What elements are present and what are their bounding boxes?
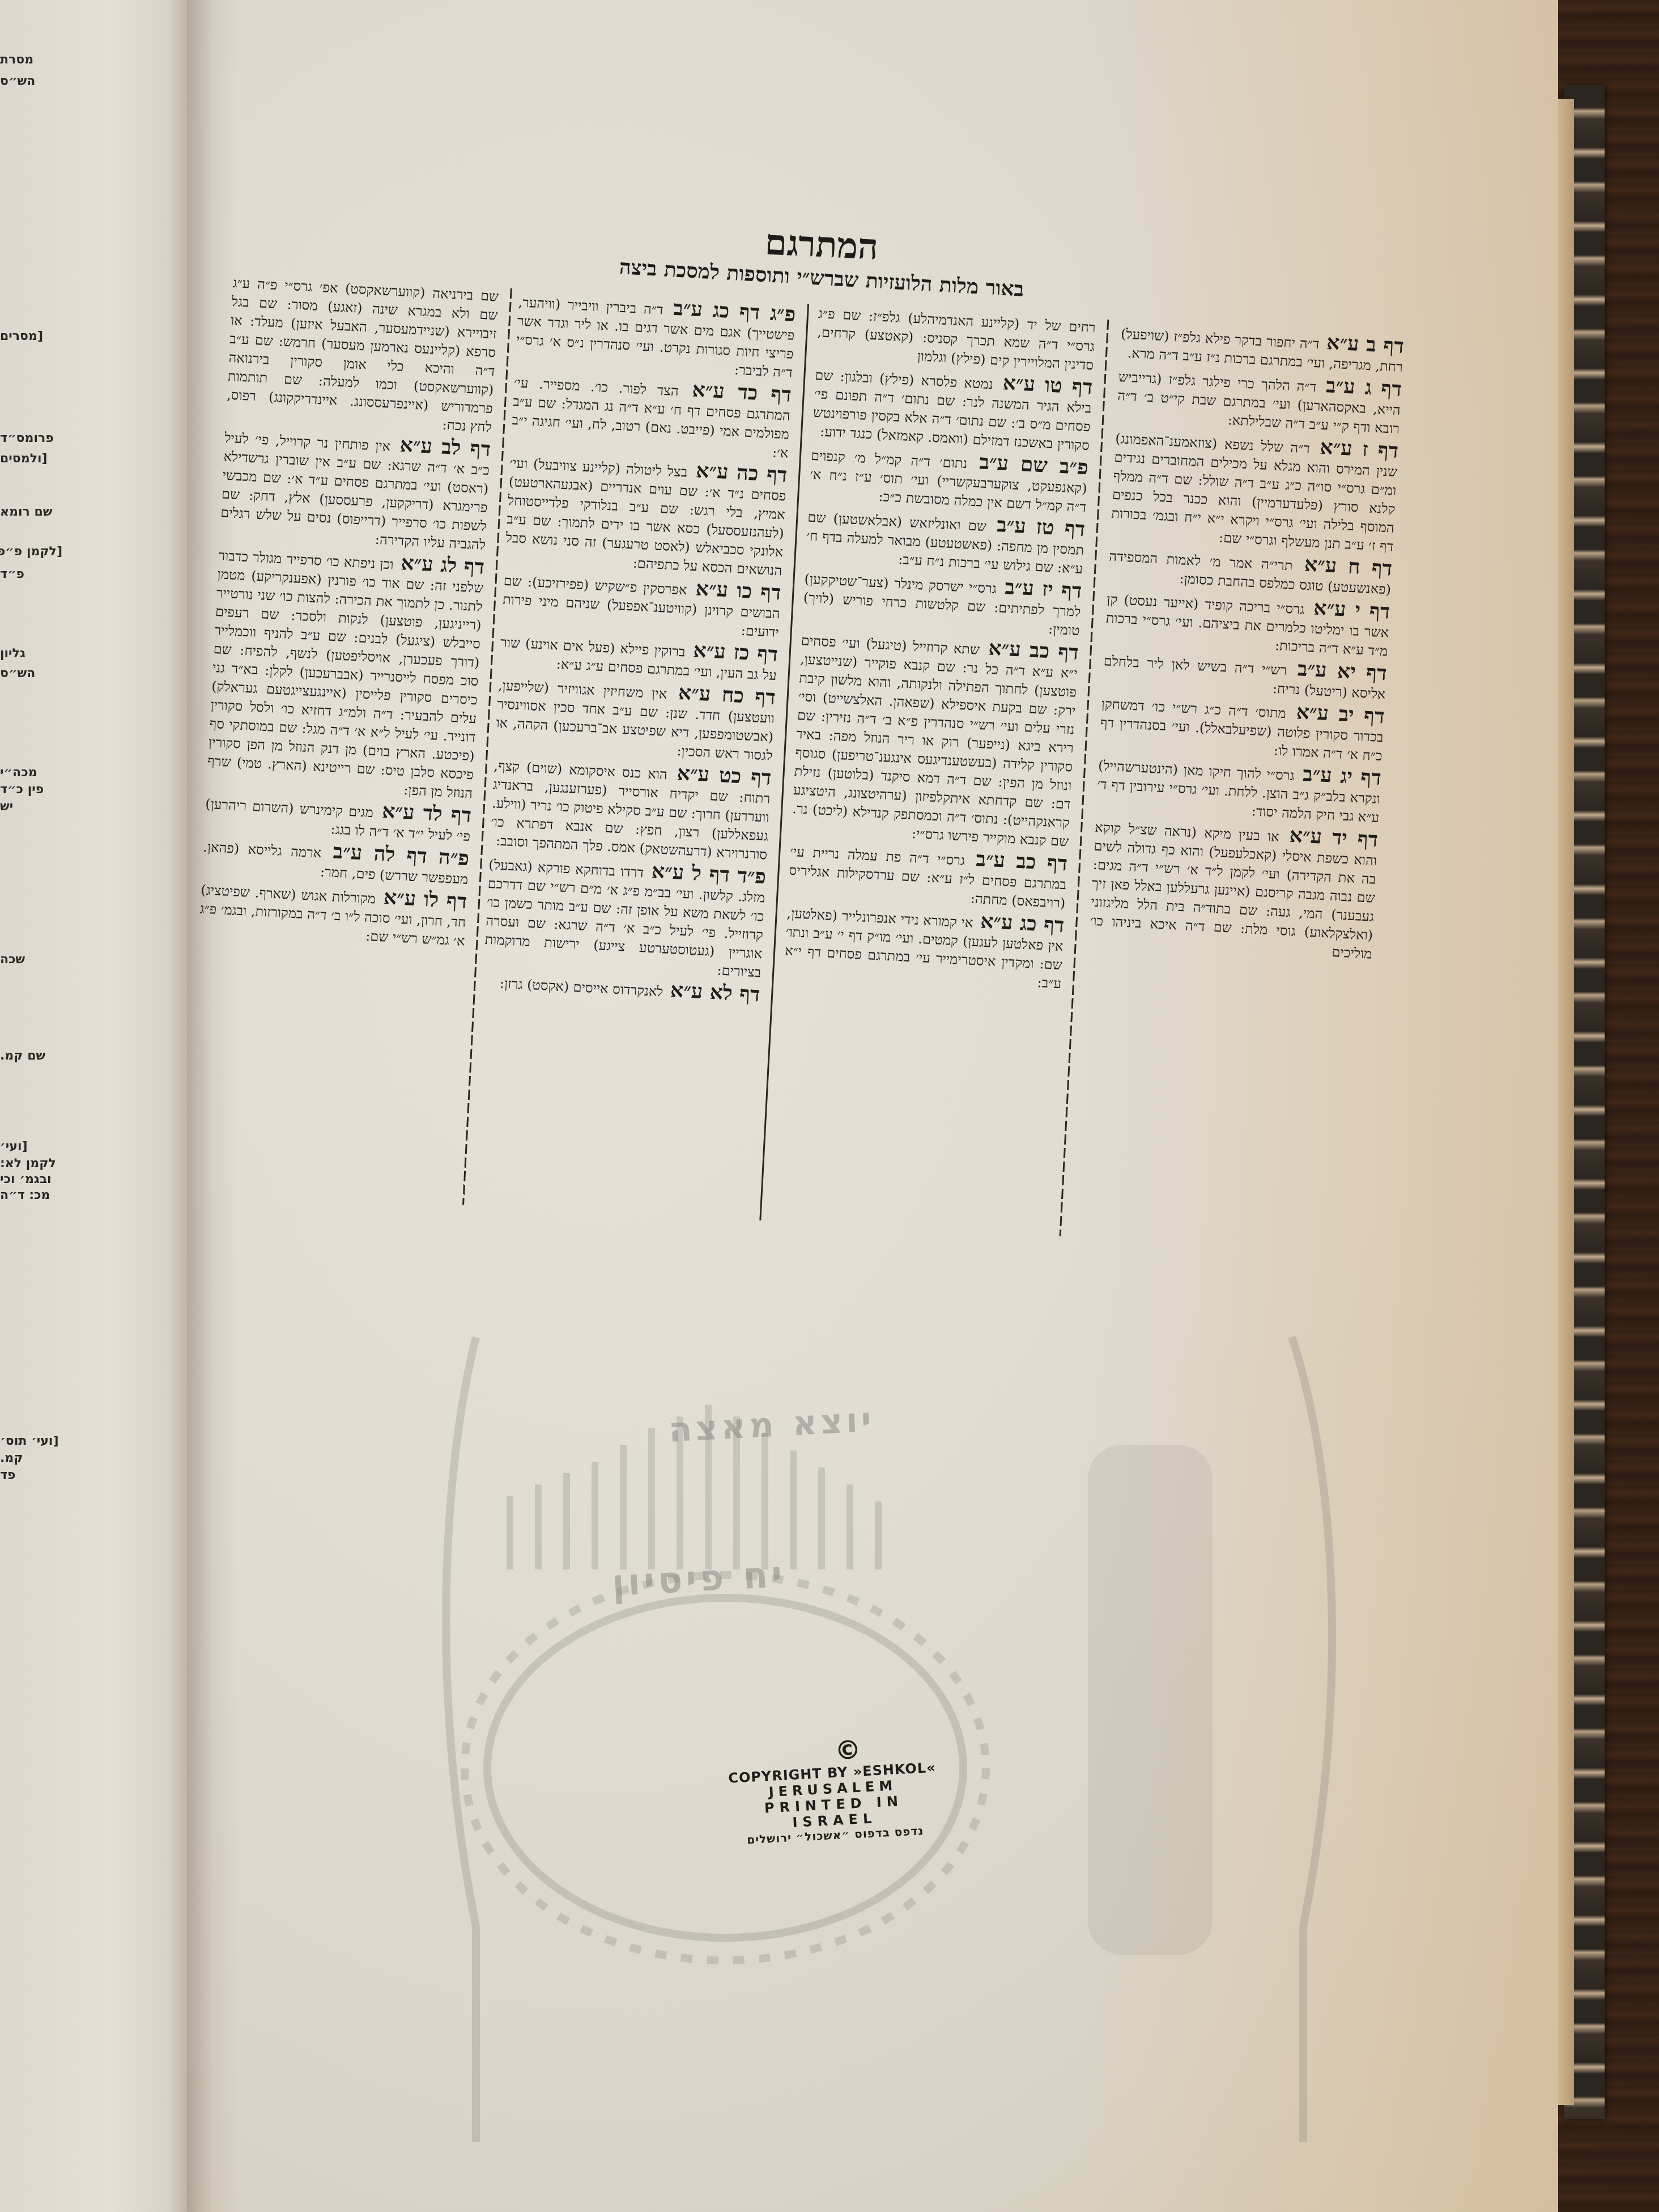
daf-reference: דף יד ע״א [1279,823,1379,852]
margin-note-fragment: שם רומא [0,504,62,520]
column-rightmost: דף ב ע״א ד״ה יחפור בדקר פילא גלפ״ז (שויפ… [1088,320,1405,965]
daf-reference: דף כו ע״א [687,576,782,605]
glossary-entry: פ״ד דף ל ע״א דרדו בדוחקא פורקא (גאבעל) מ… [483,851,767,982]
glossary-entry: דף כח ע״א אין משחיזין אגוויזיר (שלייפען,… [495,671,776,765]
daf-reference: דף כג ע״א [972,909,1065,937]
daf-reference: דף י ע״א [1304,595,1390,624]
entry-text: וכן ניפתא כו׳ סרפייר מגולר כדבור שלפני ז… [207,547,484,801]
margin-note-fragment: פד [0,1467,62,1483]
margin-note-fragment: גליון [0,646,62,662]
daf-reference: דף לב ע״א [390,432,491,461]
margin-note-fragment: פ״ד [0,567,62,582]
daf-reference: דף טז ע״ב [986,512,1086,541]
copyright-block: © COPYRIGHT BY »ESHKOL« JERUSALEM PRINTE… [717,1731,948,1848]
margin-note-fragment: [לקמן פ״פ [0,544,62,560]
daf-reference: דף ג ע״ב [1316,373,1402,401]
margin-note-fragment: קמ. [0,1450,62,1466]
entry-text: שתא קרוזייל (טיגעל) ועי׳ פסחים י״א ע״א ד… [792,632,1078,849]
daf-reference: דף כב ע״א [979,636,1079,665]
daf-reference: דף ב ע״א [1319,330,1405,358]
glossary-entry: דף כב ע״א שתא קרוזייל (טיגעל) ועי׳ פסחים… [791,627,1079,851]
daf-reference: דף יג ע״ב [1294,762,1382,790]
decorative-frame-watermark [408,1303,1371,2153]
glossary-entry: דף טו ע״א נמטא פלסרא (פילץ) ובלגון: שם ב… [811,361,1093,455]
column-second: רחים של יד (קליינע האנדמיהלע) גלפ״ז: שם … [784,304,1096,994]
margin-note-fragment: מכה״י [0,765,62,781]
glossary-entry: דף ז ע״א ד״ה שלל נשפא (צוזאמענ־האפמונג) … [1110,425,1399,556]
daf-reference: דף יא ע״ב [1286,656,1387,685]
margin-note-fragment: פרומס״ד [0,431,62,446]
daf-reference: דף כד ע״א [678,377,792,406]
glossary-entry: דף לג ע״א וכן ניפתא כו׳ סרפייר מגולר כדב… [206,542,485,803]
margin-note-fragment: מכ: ד״ה [0,1188,62,1203]
daf-reference: דף כט ע״א [667,760,772,790]
glossary-entry: פ״ג דף כג ע״ב ד״ה ביברין וויבייר (וויהער… [514,288,796,382]
daf-reference: דף ז ע״א [1309,435,1399,463]
margin-note-fragment: מסרת [0,52,62,68]
entry-text: שם בירניאה (קווערשאקסט) אפ׳ גרס״י פ״ה ע״… [227,275,499,435]
margin-note-fragment: [מסרים [0,329,62,344]
glossary-entry: דף כט ע״א הוא כנס איסקומא (שוים) קצף, רת… [490,752,772,864]
daf-reference: דף כז ע״א [685,638,779,666]
margin-note-fragment: יש [0,799,62,815]
daf-reference: דף לג ע״א [393,551,485,579]
daf-reference: דף יב ע״א [1286,699,1385,728]
daf-reference: דף כב ע״ב [964,846,1068,875]
column-third: פ״ג דף כג ע״ב ד״ה ביברין וויבייר (וויהער… [482,288,796,1007]
margin-note-fragment: שכה [0,952,62,968]
daf-reference: דף כה ע״א [687,458,788,487]
margin-note-fragment: [ועי׳ תוס׳ [0,1433,62,1449]
daf-reference: דף טו ע״א [992,370,1093,399]
daf-reference: דף יז ע״ב [996,575,1082,603]
daf-reference: דף לד ע״א [373,798,472,827]
glossary-entry: שם בירניאה (קווערשאקסט) אפ׳ גרס״י פ״ה ע״… [226,274,499,437]
glossary-columns: דף ב ע״א ד״ה יחפור בדקר פילא גלפ״ז (שויפ… [183,274,1467,1300]
margin-note-fragment: ובגמ׳ וכי [0,1172,62,1188]
entry-text: לאנקרדוס אייסים (אקסט) גרזן: [499,975,663,999]
margin-note-fragment: [ועי׳ [0,1139,62,1155]
margin-note-fragment: פין כ״ד [0,782,62,798]
glossary-entry: דף כג ע״א אי קמורא נידי אנפרונלייר (פאלט… [784,900,1065,993]
daf-reference: דף לו ע״א [375,885,467,913]
daf-reference: דף כח ע״א [666,680,776,709]
glossary-entry: דף לו ע״א מקורלות אגוש (שארף. שפיטציג) ח… [198,876,467,950]
glossary-entry: דף לב ע״א אין פותחין נר קרוייל, פי׳ לעיל… [219,424,491,555]
glossary-entry: דף יד ע״א או בעין מיקא (נראה שצ״ל קוקא ו… [1088,814,1379,964]
margin-note-fragment: הש״ס [0,74,62,90]
margin-note-fragment: הש״ס [0,666,62,682]
column-leftmost: שם בירניאה (קווערשאקסט) אפ׳ גרס״י פ״ה ע״… [198,274,499,952]
margin-note-fragment: [ולמסים [0,451,62,467]
glossary-entry: דף כד ע״א הצד לפור. כו׳. מספייר. עי׳ המת… [511,369,792,462]
daf-reference: דף ח ע״א [1292,552,1393,581]
glossary-entry: דף כה ע״א בצל ליטולה (קליינע צוויבעל) וע… [504,449,788,580]
page-title: המתרגם [736,220,908,269]
daf-reference: דף לא ע״א [663,977,761,1006]
margin-note-fragment: שם קמ. [0,1048,62,1064]
margin-note-fragment: לקמן לא: [0,1156,62,1172]
